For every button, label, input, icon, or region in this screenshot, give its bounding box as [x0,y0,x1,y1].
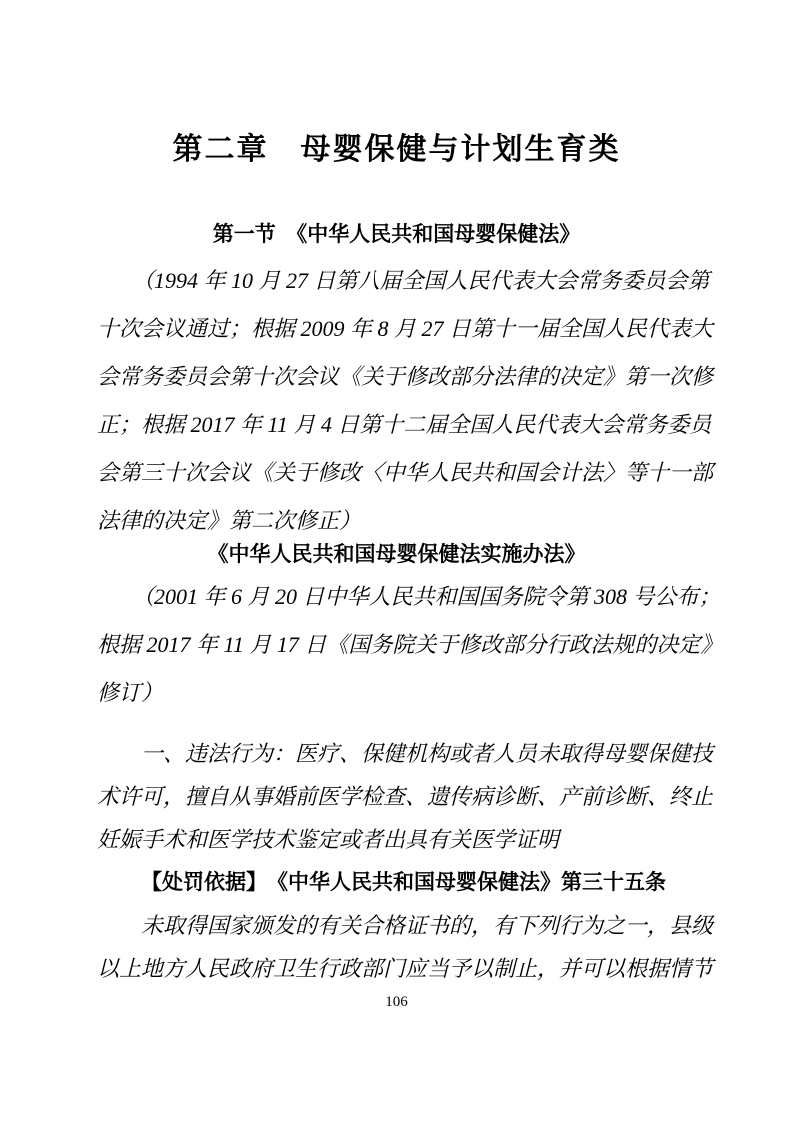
violation-text-line: 妊娠手术和医学技术鉴定或者出具有关医学证明 [97,818,697,861]
text-line: 根据 2017 年 11 月 17 日《国务院关于修改部分行政法规的决定》 [97,621,697,669]
regulation-publication-note: （2001 年 6 月 20 日中华人民共和国国务院令第 308 号公布； 根据… [97,573,697,717]
text-line: （1994 年 10 月 27 日第八届全国人民代表大会常务委员会第 [97,257,697,305]
text-line: 修订） [97,669,697,717]
text-line: 法律的决定》第二次修正） [97,497,697,545]
implementation-measures-subheading: 《中华人民共和国母婴保健法实施办法》 [0,541,793,569]
penalty-text-line: 未取得国家颁发的有关合格证书的，有下列行为之一，县级 [97,904,697,947]
violation-text-line: 一、违法行为：医疗、保健机构或者人员未取得母婴保健技 [97,732,697,775]
chapter-title: 第二章 母婴保健与计划生育类 [0,130,793,170]
violation-and-penalty-section: 一、违法行为：医疗、保健机构或者人员未取得母婴保健技 术许可，擅自从事婚前医学检… [97,732,697,990]
section-heading: 第一节 《中华人民共和国母婴保健法》 [0,221,793,249]
text-line: 会第三十次会议《关于修改〈中华人民共和国会计法〉等十一部 [97,449,697,497]
penalty-basis-heading: 【处罚依据】 《中华人民共和国母婴保健法》第三十五条 [97,861,697,904]
text-line: 十次会议通过；根据 2009 年 8 月 27 日第十一届全国人民代表大 [97,305,697,353]
text-line: （2001 年 6 月 20 日中华人民共和国国务院令第 308 号公布； [97,573,697,621]
text-line: 正；根据 2017 年 11 月 4 日第十二届全国人民代表大会常务委员 [97,401,697,449]
penalty-text-line: 以上地方人民政府卫生行政部门应当予以制止，并可以根据情节 [97,947,697,990]
page-number: 106 [0,992,793,1012]
law-passage-note: （1994 年 10 月 27 日第八届全国人民代表大会常务委员会第 十次会议通… [97,257,697,545]
text-line: 会常务委员会第十次会议《关于修改部分法律的决定》第一次修 [97,353,697,401]
document-page: 第二章 母婴保健与计划生育类 第一节 《中华人民共和国母婴保健法》 （1994 … [0,0,793,1122]
violation-text-line: 术许可，擅自从事婚前医学检查、遗传病诊断、产前诊断、终止 [97,775,697,818]
